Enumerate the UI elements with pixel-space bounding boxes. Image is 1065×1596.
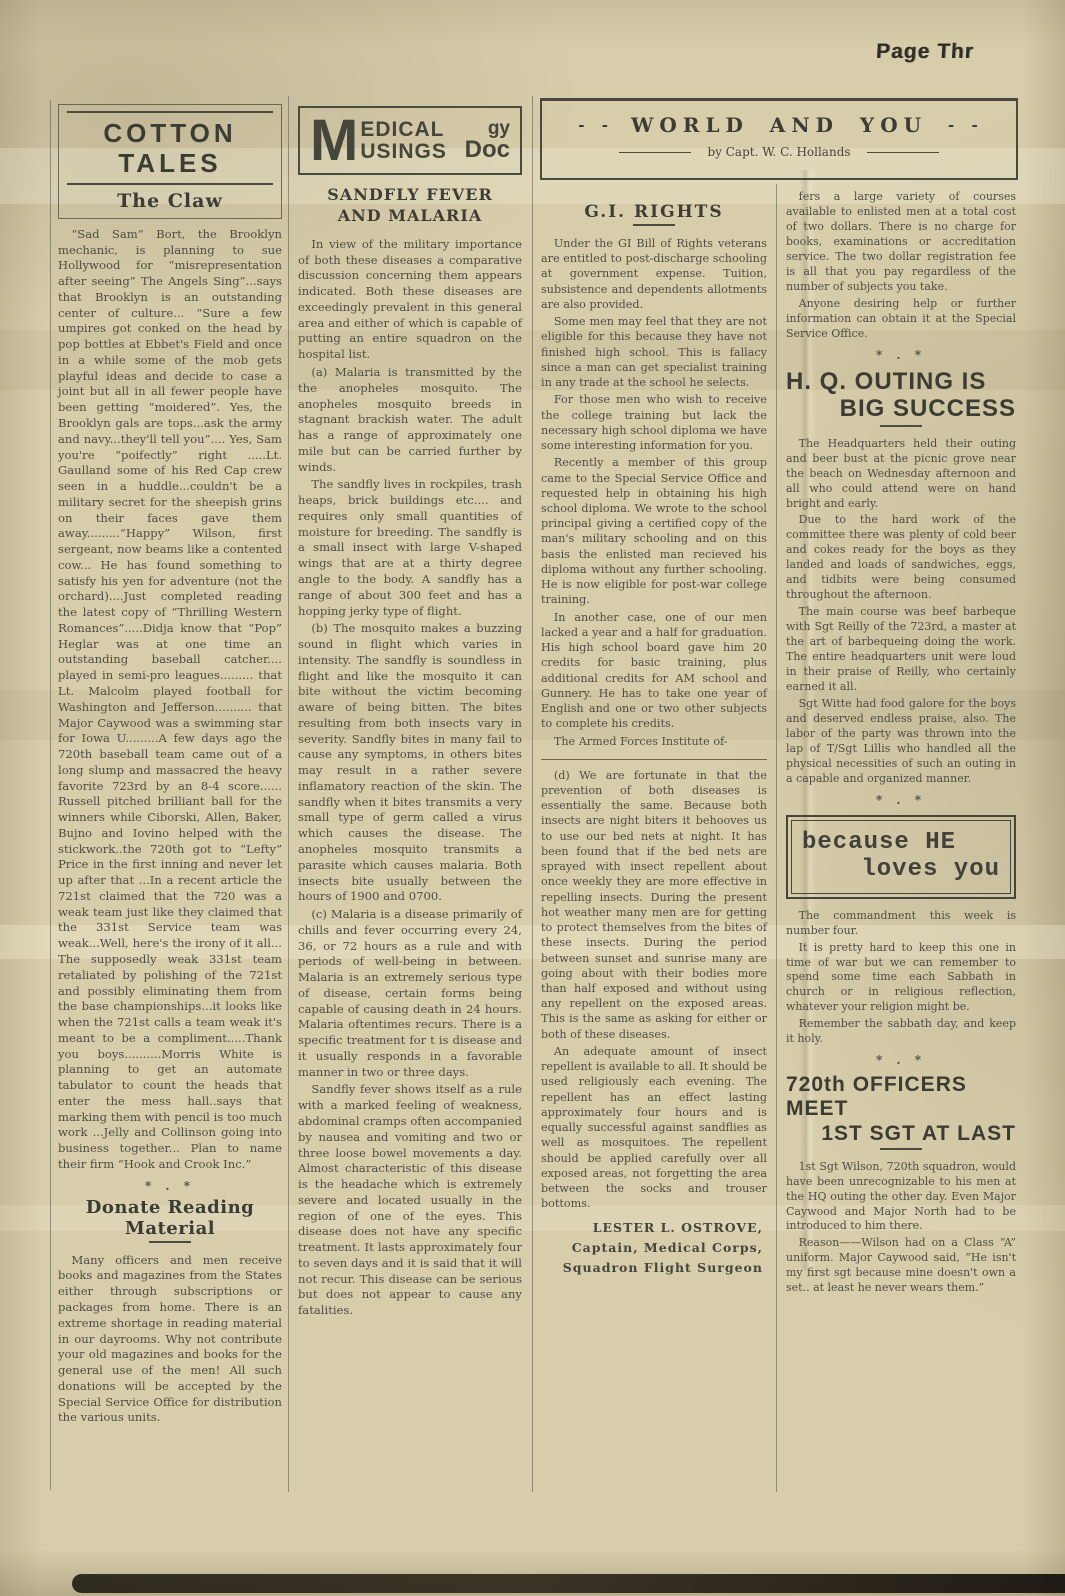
hq-outing-paragraph: Sgt Witte had food galore for the boys a… xyxy=(786,697,1016,787)
byline-text: by Capt. W. C. Hollands xyxy=(707,145,850,159)
column-rule xyxy=(50,100,51,1490)
officers-article-body: 1st Sgt Wilson, 720th squadron, would ha… xyxy=(786,1160,1016,1297)
donate-paragraph: Many officers and men receive books and … xyxy=(58,1253,282,1426)
sandfly-headline: SANDFLY FEVER AND MALARIA xyxy=(298,185,522,227)
column-cotton-tales: COTTON TALES The Claw “Sad Sam” Bort, th… xyxy=(58,104,282,1428)
headline-rule xyxy=(149,1241,191,1243)
banner-title-text: WORLD AND YOU xyxy=(631,113,927,137)
donate-article-body: Many officers and men receive books and … xyxy=(58,1253,282,1426)
hq-headline-line2: BIG SUCCESS xyxy=(786,395,1016,423)
claw-article-body: “Sad Sam” Bort, the Brooklyn mechanic, i… xyxy=(58,227,282,1173)
because-box-inner: because HE loves you xyxy=(791,820,1011,894)
because-line2: loves you xyxy=(802,856,1000,883)
cotton-tales-masthead: COTTON TALES The Claw xyxy=(58,104,282,219)
byline-rule-right xyxy=(867,152,939,153)
asterisk-divider: * . * xyxy=(58,1179,282,1193)
sandfly-paragraph: In view of the military importance of bo… xyxy=(298,237,522,363)
headline-rule xyxy=(880,1148,922,1150)
masthead-byline: gy Doc xyxy=(465,119,510,162)
gi-rights-headline: G.I. RIGHTS xyxy=(541,202,767,222)
hq-outing-paragraph: The main course was beef barbeque with S… xyxy=(786,605,1016,695)
byline-rule-left xyxy=(619,152,691,153)
signature-block: LESTER L. OSTROVE,Captain, Medical Corps… xyxy=(541,1218,767,1278)
column-gi-rights: G.I. RIGHTS Under the GI Bill of Rights … xyxy=(541,196,767,1278)
hq-headline-line1: H. Q. OUTING IS xyxy=(786,368,1016,396)
masthead-byline-line2: Doc xyxy=(465,138,510,162)
gi-rights-article-body: Under the GI Bill of Rights veterans are… xyxy=(541,236,767,749)
masthead-line2: TALES xyxy=(118,148,221,178)
gi-rights-paragraph: The Armed Forces Institute of- xyxy=(541,734,767,749)
masthead-words: EDICAL USINGS xyxy=(360,119,447,163)
gi-rights-paragraph: In another case, one of our men lacked a… xyxy=(541,610,767,732)
asterisk-divider: * . * xyxy=(786,793,1016,807)
continuation-paragraph: (d) We are fortunate in that the prevent… xyxy=(541,768,767,1042)
world-and-you-banner: - - WORLD AND YOU - - by Capt. W. C. Hol… xyxy=(540,98,1018,180)
gi-rights-paragraph: Under the GI Bill of Rights veterans are… xyxy=(541,236,767,312)
column-right: fers a large variety of courses availabl… xyxy=(786,190,1016,1298)
page-number: Page Thr xyxy=(875,40,974,64)
newspaper-page: Page Thr COTTON TALES The Claw “Sad Sam”… xyxy=(0,0,1065,1596)
continuation-paragraph: An adequate amount of insect repellent i… xyxy=(541,1044,767,1212)
banner-title: - - WORLD AND YOU - - xyxy=(542,113,1016,137)
because-paragraph: It is pretty hard to keep this one in ti… xyxy=(786,941,1016,1016)
column-rule xyxy=(532,96,533,1492)
officers-paragraph: Reason——Wilson had on a Class “A” unifor… xyxy=(786,1236,1016,1296)
section-title: The Claw xyxy=(67,185,273,214)
masthead-line1: COTTON xyxy=(103,118,236,148)
donate-headline: Donate Reading Material xyxy=(58,1197,282,1239)
gi-rights-paragraph: Recently a member of this group came to … xyxy=(541,455,767,607)
banner-byline: by Capt. W. C. Hollands xyxy=(542,145,1016,159)
because-article-body: The commandment this week is number four… xyxy=(786,909,1016,1048)
medical-continuation-body: (d) We are fortunate in that the prevent… xyxy=(541,768,767,1212)
asterisk-divider: * . * xyxy=(786,348,1016,362)
signature-line: Captain, Medical Corps, xyxy=(541,1238,763,1258)
sandfly-paragraph: The sandfly lives in rockpiles, trash he… xyxy=(298,477,522,619)
courses-continuation-body: fers a large variety of courses availabl… xyxy=(786,190,1016,342)
officers-headline: 720th OFFICERS MEET 1ST SGT AT LAST xyxy=(786,1073,1016,1145)
gi-rights-paragraph: Some men may feel that they are not elig… xyxy=(541,314,767,390)
continuation-paragraph: Anyone desiring help or further informat… xyxy=(786,297,1016,342)
scan-bottom-shadow xyxy=(72,1574,1065,1593)
medical-musings-masthead: M EDICAL USINGS gy Doc xyxy=(298,106,522,175)
asterisk-divider: * . * xyxy=(786,1053,1016,1067)
masthead-word-line1: EDICAL xyxy=(360,118,444,141)
sandfly-paragraph: Sandfly fever shows itself as a rule wit… xyxy=(298,1082,522,1318)
because-paragraph: Remember the sabbath day, and keep it ho… xyxy=(786,1017,1016,1047)
gi-rights-paragraph: For those men who wish to receive the co… xyxy=(541,392,767,453)
masthead-title: COTTON TALES xyxy=(67,111,273,185)
signature-line: LESTER L. OSTROVE, xyxy=(541,1218,763,1238)
officers-headline-line2: 1ST SGT AT LAST xyxy=(786,1122,1016,1146)
sandfly-headline-line1: SANDFLY FEVER xyxy=(327,185,493,204)
banner-dash-left: - - xyxy=(578,116,610,134)
continuation-paragraph: fers a large variety of courses availabl… xyxy=(786,190,1016,295)
because-paragraph: The commandment this week is number four… xyxy=(786,909,1016,939)
column-rule xyxy=(776,184,777,1492)
column-rule xyxy=(288,96,289,1492)
hq-outing-article-body: The Headquarters held their outing and b… xyxy=(786,437,1016,787)
headline-rule xyxy=(633,224,675,226)
sandfly-paragraph: (c) Malaria is a disease primarily of ch… xyxy=(298,907,522,1080)
section-divider-rule xyxy=(541,759,767,760)
sandfly-paragraph: (a) Malaria is transmitted by the the an… xyxy=(298,365,522,475)
masthead-word-line2: USINGS xyxy=(360,140,447,163)
masthead-initial: M xyxy=(310,116,358,165)
officers-headline-line1: 720th OFFICERS MEET xyxy=(786,1073,1016,1121)
headline-rule xyxy=(880,425,922,427)
because-he-loves-you-box: because HE loves you xyxy=(786,815,1016,899)
sandfly-article-body: In view of the military importance of bo… xyxy=(298,237,522,1319)
officers-paragraph: 1st Sgt Wilson, 720th squadron, would ha… xyxy=(786,1160,1016,1235)
signature-line: Squadron Flight Surgeon xyxy=(541,1258,763,1278)
sandfly-paragraph: (b) The mosquito makes a buzzing sound i… xyxy=(298,621,522,905)
banner-dash-right: - - xyxy=(948,116,980,134)
hq-outing-headline: H. Q. OUTING IS BIG SUCCESS xyxy=(786,368,1016,423)
column-medical-musings: M EDICAL USINGS gy Doc SANDFLY FEVER AND… xyxy=(298,106,522,1321)
hq-outing-paragraph: Due to the hard work of the committee th… xyxy=(786,513,1016,603)
hq-outing-paragraph: The Headquarters held their outing and b… xyxy=(786,437,1016,512)
because-line1: because HE xyxy=(802,829,1000,856)
claw-paragraph: “Sad Sam” Bort, the Brooklyn mechanic, i… xyxy=(58,227,282,1173)
sandfly-headline-line2: AND MALARIA xyxy=(338,206,482,225)
